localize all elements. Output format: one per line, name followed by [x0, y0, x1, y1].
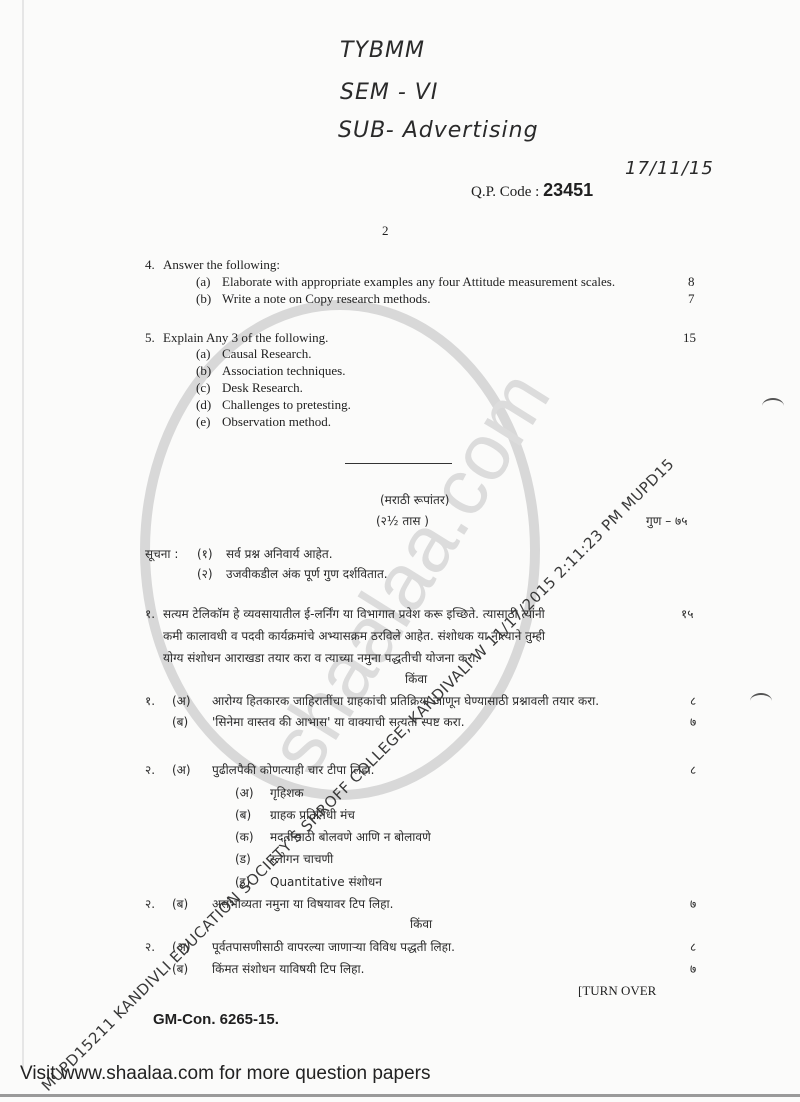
q5e-label: (e) [196, 414, 210, 430]
instructions-label: सूचना : [145, 545, 178, 562]
mq2a-label: (अ) [172, 761, 191, 778]
mq2a-number: २. [145, 761, 155, 778]
mq2-alt-b-text: किंमत संशोधन याविषयी टिप लिहा. [212, 960, 364, 977]
mq2a-sub-c-label: (क) [235, 828, 254, 845]
q5-marks: 15 [683, 330, 696, 346]
q4-title: Answer the following: [163, 257, 280, 273]
mq2-alt-a-text: पूर्वतपासणीसाठी वापरल्या जाणाऱ्या विविध … [212, 938, 455, 955]
turn-over: [TURN OVER [578, 983, 656, 999]
qp-code-value: 23451 [543, 180, 593, 200]
q5b-label: (b) [196, 363, 211, 379]
q4b-label: (b) [196, 291, 211, 307]
mq2a-sub-e-text: Quantitative संशोधन [270, 873, 382, 890]
q4a-label: (a) [196, 274, 210, 290]
mq1-alt-a-text: आरोग्य हितकारक जाहिरातींचा ग्राहकांची प्… [212, 692, 599, 709]
page-edge [22, 0, 24, 1070]
q4-number: 4. [145, 257, 155, 273]
mq2b-number: २. [145, 895, 155, 912]
q4b-text: Write a note on Copy research methods. [222, 291, 431, 307]
mq1-alt-a-label: (अ) [172, 692, 191, 709]
q4b-marks: 7 [688, 291, 695, 307]
qp-code-line: Q.P. Code : 23451 [471, 180, 593, 201]
instruction-2-label: (२) [197, 565, 213, 582]
q5a-text: Causal Research. [222, 346, 312, 362]
q5a-label: (a) [196, 346, 210, 362]
instruction-2-text: उजवीकडील अंक पूर्ण गुण दर्शवितात. [226, 565, 388, 582]
mq1-marks: १५ [681, 605, 693, 622]
mq1-line-1: सत्यम टेलिकॉम हे व्यवसायातील ई-लर्निंग य… [163, 605, 545, 622]
q5d-label: (d) [196, 397, 211, 413]
mq2a-sub-a-text: गृहिशक [270, 784, 304, 801]
mq2a-sub-a-label: (अ) [235, 784, 254, 801]
instruction-1-label: (१) [197, 545, 213, 562]
gm-con-code: GM-Con. 6265-15. [153, 1011, 279, 1028]
handwritten-subject: SUB- Advertising [338, 118, 539, 143]
mq1-number: १. [145, 605, 155, 622]
mq1-alt-b-marks: ७ [690, 713, 696, 730]
footer-link-text[interactable]: Visit www.shaalaa.com for more question … [20, 1063, 430, 1085]
margin-mark [750, 693, 772, 709]
q5-number: 5. [145, 330, 155, 346]
marathi-heading: (मराठी रूपांतर) [380, 491, 449, 508]
q4a-text: Elaborate with appropriate examples any … [222, 274, 615, 290]
instruction-1-text: सर्व प्रश्न अनिवार्य आहेत. [226, 545, 333, 562]
mq2-alt-number: २. [145, 938, 155, 955]
footer-rule [0, 1094, 800, 1097]
q5e-text: Observation method. [222, 414, 331, 430]
marathi-total-marks: गुण – ७५ [646, 512, 688, 529]
handwritten-semester: SEM - VI [340, 80, 438, 105]
mq1-alt-a-marks: ८ [690, 692, 696, 709]
mq2b-marks: ७ [690, 895, 696, 912]
mq1-alt-b-label: (ब) [172, 713, 188, 730]
or-label-1: किंवा [405, 670, 427, 687]
q5-title: Explain Any 3 of the following. [163, 330, 328, 346]
section-divider [345, 463, 452, 464]
q5b-text: Association techniques. [222, 363, 345, 379]
mq2a-marks: ८ [690, 761, 696, 778]
q5c-text: Desk Research. [222, 380, 303, 396]
mq1-alt-number: १. [145, 692, 155, 709]
margin-mark [762, 398, 784, 414]
mq2b-label: (ब) [172, 895, 188, 912]
handwritten-course: TYBMM [340, 38, 425, 63]
mq2-alt-a-marks: ८ [690, 938, 696, 955]
mq2-alt-b-marks: ७ [690, 960, 696, 977]
handwritten-date: 17/11/15 [625, 158, 714, 179]
page-number: 2 [382, 223, 389, 239]
marathi-duration: (२½ तास ) [376, 512, 429, 529]
question-paper-page: shaalaa.com TYBMM SEM - VI SUB- Advertis… [0, 0, 800, 1102]
q5d-text: Challenges to pretesting. [222, 397, 351, 413]
mq2a-sub-b-label: (ब) [235, 806, 251, 823]
mq1-line-3: योग्य संशोधन आराखडा तयार करा व त्याच्या … [163, 649, 479, 666]
or-label-2: किंवा [410, 915, 432, 932]
q5c-label: (c) [196, 380, 210, 396]
mq2a-sub-d-label: (ड) [235, 850, 251, 867]
qp-code-label: Q.P. Code : [471, 184, 539, 200]
q4a-marks: 8 [688, 274, 695, 290]
